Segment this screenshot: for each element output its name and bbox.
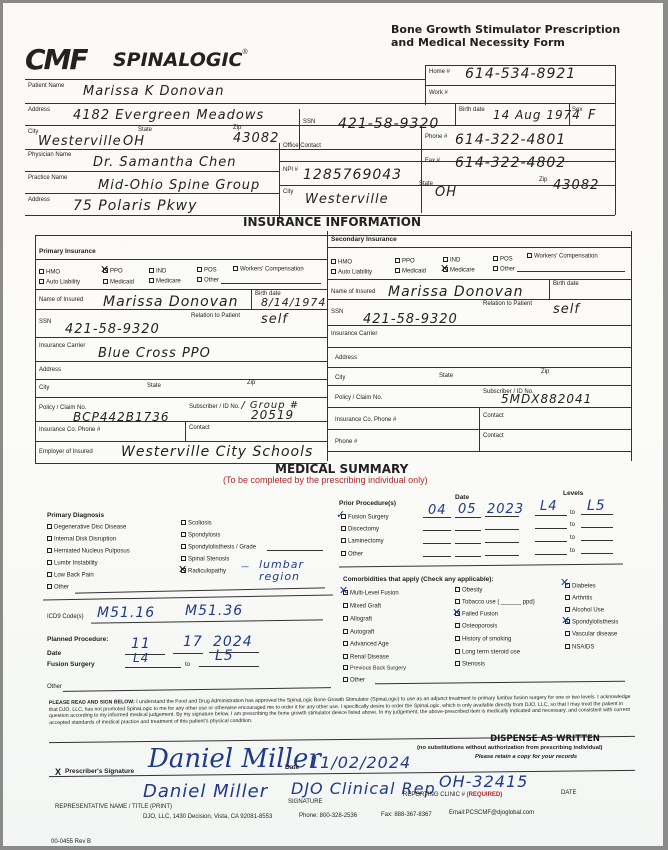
secondary-type-other[interactable]: Other: [493, 266, 515, 273]
prior-laminectomy[interactable]: Laminectomy: [341, 538, 384, 545]
physician-city-label: City: [283, 189, 293, 195]
diag-degenerative-disc[interactable]: Degenerative Disc Disease: [47, 524, 126, 531]
prescriber-signature-label: Prescriber's Signature: [65, 769, 134, 776]
patient-ssn-label: SSN: [303, 119, 315, 125]
attestation-paragraph: PLEASE READ AND SIGN BELOW: I understand…: [49, 694, 635, 726]
home-phone-label: Home #: [429, 69, 450, 75]
diagnosis-title: Primary Diagnosis: [47, 513, 104, 520]
prior-discectomy-to-label: to: [570, 522, 575, 528]
patient-name-label: Patient Name: [28, 83, 64, 89]
secondary-name-field[interactable]: Marissa Donovan: [388, 285, 523, 299]
diag-herniated-nucleus[interactable]: Herniated Nucleus Pulposus: [47, 548, 130, 555]
radiculopathy-check-mark: ✕: [178, 564, 187, 575]
comorbid-long-term-steroid[interactable]: Long term steroid use: [455, 649, 520, 656]
diag-spinal-stenosis[interactable]: Spinal Stenosis: [181, 556, 229, 563]
patient-city-field[interactable]: Westerville: [38, 135, 122, 148]
multi-level-fusion-check-mark: ✕: [339, 585, 348, 596]
physician-state-label: State: [419, 181, 433, 187]
home-phone-field[interactable]: 614-534-8921: [465, 67, 576, 81]
diag-internal-disk[interactable]: Internal Disk Disruption: [47, 536, 116, 543]
secondary-ins-phone-label: Insurance Co. Phone #: [335, 417, 396, 423]
daw-retain: Please retain a copy for your records: [475, 754, 577, 760]
primary-employer-field[interactable]: Westerville City Schools: [121, 445, 313, 459]
secondary-type-medicaid[interactable]: Medicaid: [395, 268, 426, 275]
primary-carrier-label: Insurance Carrier: [39, 343, 85, 349]
primary-ins-phone-label: Insurance Co. Phone #: [39, 427, 100, 433]
comorbid-vascular-disease[interactable]: Vascular disease: [565, 631, 617, 638]
prior-fusion-surgery[interactable]: Fusion Surgery: [341, 514, 389, 521]
secondary-relation-label: Relation to Patient: [483, 301, 532, 307]
prior-fusion-to-label: to: [570, 510, 575, 516]
prior-fusion-month[interactable]: 04: [428, 504, 447, 517]
radiculopathy-note-1: lumbar: [259, 559, 304, 570]
planned-date-year[interactable]: 2024: [213, 635, 253, 649]
fusion-level-to[interactable]: L5: [215, 649, 234, 663]
secondary-address-label: Address: [335, 355, 357, 361]
primary-address-label: Address: [39, 367, 61, 373]
physician-phone-field[interactable]: 614-322-4801: [455, 133, 566, 147]
comorbid-diabetes[interactable]: Diabetes: [565, 583, 596, 590]
primary-type-workers-comp[interactable]: Workers' Compensation: [233, 266, 304, 273]
form-code: 00-0455 Rev B: [51, 839, 91, 845]
comorbid-history-smoking[interactable]: History of smoking: [455, 636, 511, 643]
comorbid-tobacco[interactable]: Tobacco use ( ______ ppd): [455, 599, 535, 606]
patient-zip-field[interactable]: 43082: [233, 132, 279, 145]
physician-name-label: Physician Name: [28, 152, 71, 158]
primary-type-auto[interactable]: Auto Liability: [39, 279, 80, 286]
prior-other[interactable]: Other: [341, 551, 363, 558]
office-contact-label: Office Contact: [283, 143, 321, 149]
physician-fax-label: Fax #: [425, 158, 440, 164]
diag-other[interactable]: Other: [47, 584, 69, 591]
secondary-medicare-check-mark: ✕: [440, 263, 449, 274]
primary-city-label: City: [39, 385, 49, 391]
patient-address-field[interactable]: 4182 Evergreen Meadows: [73, 109, 264, 122]
form-title-line1: Bone Growth Stimulator Prescription: [391, 23, 620, 36]
patient-city-label: City: [28, 129, 38, 135]
primary-employer-label: Employer of Insured: [39, 449, 93, 455]
daw-title: DISPENSE AS WRITTEN: [475, 734, 615, 744]
comorbid-multi-level-fusion[interactable]: Multi-Level Fusion: [343, 590, 399, 597]
daw-subtitle: (no substitutions without authorization …: [417, 746, 603, 752]
secondary-type-auto[interactable]: Auto Liability: [331, 269, 372, 276]
diag-spondylolisthesis-grade[interactable]: Spondylolisthesis / Grade: [181, 544, 256, 551]
secondary-carrier-label: Insurance Carrier: [331, 331, 377, 337]
comorbid-nsaids[interactable]: NSAIDS: [565, 644, 594, 651]
secondary-type-workers-comp[interactable]: Workers' Compensation: [527, 253, 598, 260]
registered-mark: ®: [242, 49, 247, 56]
prior-laminectomy-to-label: to: [570, 535, 575, 541]
primary-subscriber-field[interactable]: 20519: [251, 409, 294, 421]
primary-name-label: Name of Insured: [39, 297, 83, 303]
prescription-form-page: CMF SPINALOGIC® Bone Growth Stimulator P…: [3, 3, 663, 846]
secondary-subscriber-field[interactable]: 5MDX882041: [501, 393, 592, 405]
prior-discectomy[interactable]: Discectomy: [341, 526, 379, 533]
prior-fusion-level-from[interactable]: L4: [540, 500, 558, 513]
failed-fusion-check-mark: ✕: [452, 607, 461, 618]
prior-levels-header: Levels: [563, 491, 583, 498]
secondary-birthdate-label: Birth date: [553, 281, 579, 287]
secondary-type-hmo[interactable]: HMO: [331, 259, 352, 266]
footer-address: DJO, LLC, 1430 Decision, Vista, CA 92081…: [143, 814, 272, 820]
primary-carrier-field[interactable]: Blue Cross PPO: [98, 347, 211, 360]
primary-type-hmo[interactable]: HMO: [39, 269, 60, 276]
primary-type-ind[interactable]: IND: [149, 268, 166, 275]
secondary-ssn-label: SSN: [331, 309, 343, 315]
dispense-as-written: DISPENSE AS WRITTEN: [475, 734, 615, 744]
secondary-insurance-title: Secondary Insurance: [331, 237, 397, 244]
representative-name-field[interactable]: Daniel Miller: [143, 783, 268, 801]
comorbid-previous-back-surgery[interactable]: Previous Back Surgery: [343, 665, 406, 672]
patient-address-label: Address: [28, 107, 50, 113]
patient-birthdate-label: Birth date: [459, 107, 485, 113]
logo-spinalogic-text: SPINALOGIC: [113, 49, 242, 71]
physician-zip-field[interactable]: 43082: [553, 179, 599, 192]
diag-low-back-pain[interactable]: Low Back Pain: [47, 572, 94, 579]
comorbidities-title: Comorbidities that apply (Check any appl…: [343, 577, 494, 584]
physician-state-field[interactable]: OH: [435, 186, 457, 199]
comorbid-obesity[interactable]: Obesity: [455, 587, 482, 594]
secondary-zip-label: Zip: [541, 369, 549, 375]
diabetes-check-mark: ✕: [560, 577, 569, 588]
signature-label: SIGNATURE: [288, 799, 323, 805]
patient-sex-label: Sex: [572, 107, 582, 113]
work-phone-label: Work #: [429, 90, 448, 96]
primary-ssn-field[interactable]: 421-58-9320: [65, 323, 160, 336]
physician-city-field[interactable]: Westerville: [305, 193, 389, 206]
prior-date-header: Date: [455, 495, 469, 502]
secondary-contact-label: Contact: [483, 413, 504, 419]
primary-ppo-check-mark: ✕: [100, 264, 109, 275]
prior-procedures-title: Prior Procedure(s): [339, 501, 396, 508]
primary-type-medicare[interactable]: Medicare: [149, 278, 181, 285]
secondary-city-label: City: [335, 375, 345, 381]
reporting-clinic-field[interactable]: OH-32415: [439, 774, 528, 790]
comorbid-mixed-graft[interactable]: Mixed Graft: [343, 603, 381, 610]
primary-ssn-label: SSN: [39, 319, 51, 325]
planned-procedure-title: Planned Procedure:: [47, 637, 108, 644]
comorbid-autograft[interactable]: Autograft: [343, 629, 374, 636]
date2-label: DATE: [561, 790, 577, 796]
primary-contact-label: Contact: [189, 425, 210, 431]
comorbid-alcohol-use[interactable]: Alcohol Use: [565, 607, 604, 614]
primary-birthdate-field[interactable]: 8/14/1974: [261, 297, 326, 308]
patient-birthdate-field[interactable]: 14 Aug 1974: [493, 109, 581, 121]
practice-name-field[interactable]: Mid-Ohio Spine Group: [98, 179, 260, 192]
prior-fusion-day[interactable]: 05: [458, 503, 477, 516]
secondary-type-ppo[interactable]: PPO: [395, 258, 415, 265]
medical-section-title: MEDICAL SUMMARY: [275, 462, 408, 476]
practice-name-label: Practice Name: [28, 175, 67, 181]
fusion-surgery-label: Fusion Surgery: [47, 662, 95, 669]
diag-radiculopathy[interactable]: Radiculopathy: [181, 568, 226, 575]
primary-insurance-title: Primary Insurance: [39, 249, 96, 256]
prescriber-x-mark: X: [55, 767, 61, 777]
comorbid-arthritis[interactable]: Arthritis: [565, 595, 592, 602]
comorbid-failed-fusion[interactable]: Failed Fusion: [455, 611, 498, 618]
insurance-section-title: INSURANCE INFORMATION: [243, 215, 421, 229]
footer-email[interactable]: Email:PCSCMF@djoglobal.com: [449, 810, 534, 816]
representative-name-label: REPRESENTATIVE NAME / TITLE (PRINT): [55, 804, 172, 810]
primary-type-pos[interactable]: POS: [197, 267, 217, 274]
patient-ssn-field[interactable]: 421-58-9320: [338, 117, 439, 131]
form-title: Bone Growth Stimulator Prescription and …: [391, 23, 620, 49]
fusion-level-from[interactable]: L4: [133, 652, 149, 664]
spinalogic-logo: SPINALOGIC®: [113, 49, 248, 71]
diag-spondylosis[interactable]: Spondylosis: [181, 532, 220, 539]
planned-date-label: Date: [47, 651, 61, 658]
comorbid-stenosis[interactable]: Stenosis: [455, 661, 485, 668]
icd-code-label: ICD9 Code(s): [47, 614, 84, 620]
logo-cmf-text: CMF: [25, 43, 87, 76]
secondary-name-label: Name of Insured: [331, 289, 375, 295]
physician-zip-label: Zip: [539, 177, 547, 183]
comorbid-osteoporosis[interactable]: Osteoporosis: [455, 623, 497, 630]
patient-name-field[interactable]: Marissa K Donovan: [83, 85, 225, 98]
comorbid-advanced-age[interactable]: Advanced Age: [343, 641, 389, 648]
prior-other-to-label: to: [570, 548, 575, 554]
patient-state-field[interactable]: OH: [123, 135, 145, 148]
patient-state-label: State: [138, 127, 152, 133]
signature-date-label: Date: [285, 765, 299, 772]
planned-other-label: Other: [47, 684, 62, 690]
comorbid-allograft[interactable]: Allograft: [343, 616, 372, 623]
npi-label: NPI #: [283, 167, 298, 173]
primary-type-other[interactable]: Other: [197, 277, 219, 284]
secondary-policy-label: Policy / Claim No.: [335, 395, 382, 401]
signature-date-field[interactable]: 11/02/2024: [309, 755, 411, 771]
primary-relation-field[interactable]: self: [261, 313, 288, 326]
secondary-phone-label: Phone #: [335, 439, 357, 445]
planned-date-day[interactable]: 17: [183, 635, 203, 649]
attestation-text: I understand the Food and Drug Administr…: [49, 694, 631, 726]
radiculopathy-note-2: region: [259, 571, 300, 582]
physician-address-label: Address: [28, 197, 50, 203]
patient-sex-field[interactable]: F: [588, 109, 596, 122]
primary-zip-label: Zip: [247, 380, 255, 386]
secondary-relation-field[interactable]: self: [553, 303, 580, 316]
diag-scoliosis[interactable]: Scoliosis: [181, 520, 212, 527]
icd-code-1[interactable]: M51.16: [97, 606, 155, 620]
physician-address-field[interactable]: 75 Polaris Pkwy: [73, 199, 197, 213]
physician-name-field[interactable]: Dr. Samantha Chen: [93, 156, 237, 169]
secondary-contact2-label: Contact: [483, 433, 504, 439]
diag-lumbar-instability[interactable]: Lumbr Instability: [47, 560, 98, 567]
primary-relation-label: Relation to Patient: [191, 313, 240, 319]
comorbid-other[interactable]: Other: [343, 677, 365, 684]
physician-phone-label: Phone #: [425, 134, 447, 140]
physician-fax-field[interactable]: 614-322-4802: [455, 156, 566, 170]
primary-state-label: State: [147, 383, 161, 389]
prior-fusion-level-to[interactable]: L5: [587, 499, 606, 513]
comorbid-spondylolisthesis[interactable]: Spondylolisthesis: [565, 619, 618, 626]
prior-fusion-year[interactable]: 2023: [487, 503, 524, 516]
planned-date-month[interactable]: 11: [131, 637, 151, 651]
prior-fusion-check-mark: ✓: [336, 509, 345, 520]
medical-subtitle: (To be completed by the prescribing indi…: [223, 475, 428, 485]
footer-fax: Fax: 888-367-8367: [381, 812, 432, 818]
primary-name-field[interactable]: Marissa Donovan: [103, 295, 238, 309]
secondary-type-pos[interactable]: POS: [493, 256, 513, 263]
reporting-clinic-label: REPORTING CLINIC # (REQUIRED): [403, 792, 502, 798]
radiculopathy-dash: —: [241, 563, 249, 571]
npi-field[interactable]: 1285769043: [303, 168, 402, 182]
primary-type-medicaid[interactable]: Medicaid: [103, 279, 134, 286]
icd-code-2[interactable]: M51.36: [185, 604, 243, 618]
comorbid-renal-disease[interactable]: Renal Disease: [343, 654, 389, 661]
fusion-to-label: to: [185, 662, 190, 668]
cmf-logo: CMF: [25, 43, 87, 76]
footer-phone: Phone: 800-328-2536: [299, 813, 357, 819]
secondary-state-label: State: [439, 373, 453, 379]
form-title-line2: and Medical Necessity Form: [391, 36, 620, 49]
spondylolisthesis-check-mark: ✕: [561, 615, 570, 626]
